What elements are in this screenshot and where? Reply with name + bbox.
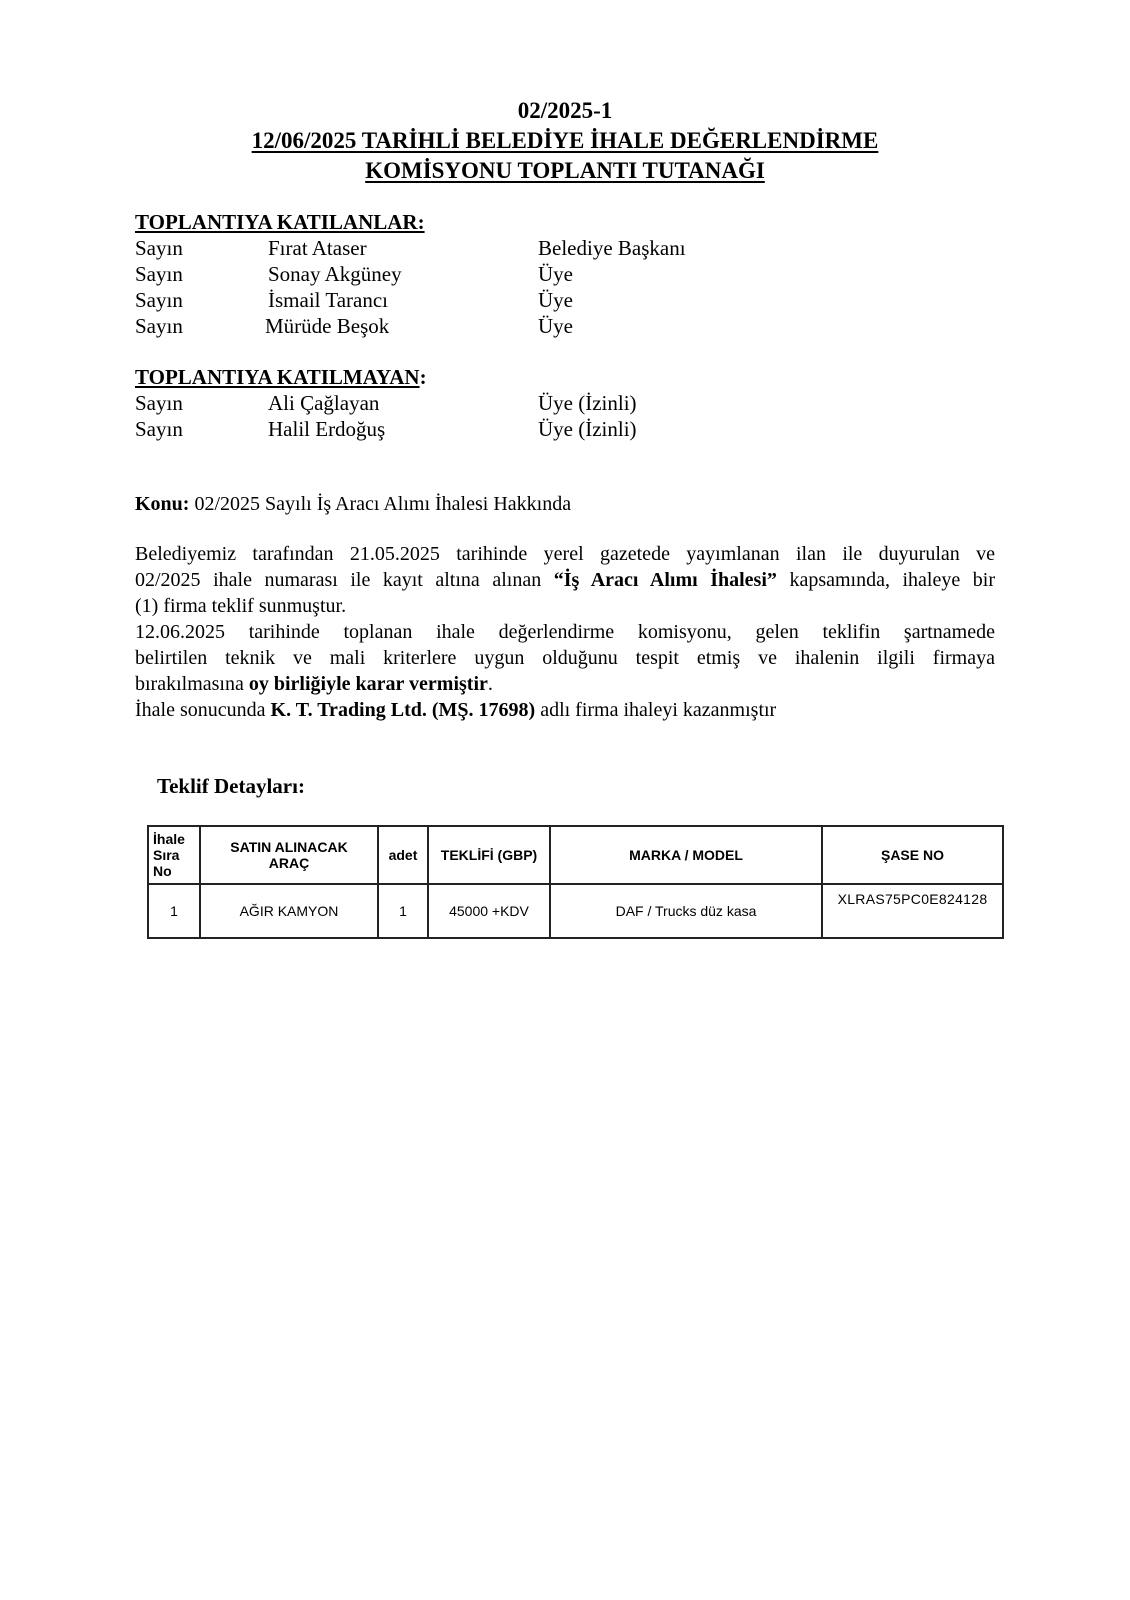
title-line-1: 12/06/2025 TARİHLİ BELEDİYE İHALE DEĞERL…	[252, 128, 879, 153]
absentee-salutation: Sayın	[135, 416, 183, 442]
absentees-heading: TOPLANTIYA KATILMAYAN	[135, 365, 420, 389]
absentee-role: Üye (İzinli)	[538, 416, 637, 442]
subject-label: Konu:	[135, 493, 189, 515]
attendee-row: Sayın Mürüde Beşok Üye	[135, 313, 995, 339]
col-vehicle: SATIN ALINACAK ARAÇ	[200, 826, 378, 884]
cell-brand-model: DAF / Trucks düz kasa	[550, 884, 822, 938]
attendee-row: Sayın Sonay Akgüney Üye	[135, 261, 995, 287]
offers-table: İhale Sıra No SATIN ALINACAK ARAÇ adet T…	[147, 825, 1004, 939]
attendee-role: Üye	[538, 313, 573, 339]
col-chassis: ŞASE NO	[822, 826, 1003, 884]
attendee-role: Üye	[538, 287, 573, 313]
absentee-row: Sayın Ali Çağlayan Üye (İzinli)	[135, 390, 995, 416]
document-title-block: 02/2025-1 12/06/2025 TARİHLİ BELEDİYE İH…	[0, 96, 1130, 186]
table-row: 1 AĞIR KAMYON 1 45000 +KDV DAF / Trucks …	[148, 884, 1003, 938]
body-p1-line1: Belediyemiz tarafından 21.05.2025 tarihi…	[135, 541, 995, 567]
absentee-row: Sayın Halil Erdoğuş Üye (İzinli)	[135, 416, 995, 442]
cell-chassis: XLRAS75PC0E824128	[822, 884, 1003, 938]
absentee-name: Ali Çağlayan	[268, 390, 379, 416]
body-p1-line3: (1) firma teklif sunmuştur.	[135, 593, 995, 619]
subject-text: 02/2025 Sayılı İş Aracı Alımı İhalesi Ha…	[189, 493, 571, 515]
absentee-name: Halil Erdoğuş	[268, 416, 385, 442]
attendee-name: Fırat Ataser	[268, 235, 367, 261]
attendees-section: TOPLANTIYA KATILANLAR: Sayın Fırat Atase…	[135, 209, 995, 339]
attendees-heading: TOPLANTIYA KATILANLAR:	[135, 210, 425, 234]
attendee-row: Sayın Fırat Ataser Belediye Başkanı	[135, 235, 995, 261]
winner-firm-bold: K. T. Trading Ltd. (MŞ. 17698)	[271, 699, 536, 721]
absentee-role: Üye (İzinli)	[538, 390, 637, 416]
body-p2-line2: belirtilen teknik ve mali kriterlere uyg…	[135, 645, 995, 671]
offers-table-header: İhale Sıra No SATIN ALINACAK ARAÇ adet T…	[148, 826, 1003, 884]
cell-quantity: 1	[378, 884, 428, 938]
attendee-salutation: Sayın	[135, 287, 183, 313]
col-offer: TEKLİFİ (GBP)	[428, 826, 550, 884]
col-brand-model: MARKA / MODEL	[550, 826, 822, 884]
attendee-salutation: Sayın	[135, 313, 183, 339]
subject-line: Konu: 02/2025 Sayılı İş Aracı Alımı İhal…	[135, 491, 571, 517]
absentees-section: TOPLANTIYA KATILMAYAN: Sayın Ali Çağlaya…	[135, 364, 995, 442]
offer-details-heading: Teklif Detayları:	[157, 774, 305, 799]
title-line-2: KOMİSYONU TOPLANTI TUTANAĞI	[365, 158, 765, 183]
attendee-role: Üye	[538, 261, 573, 287]
attendee-role: Belediye Başkanı	[538, 235, 686, 261]
cell-offer: 45000 +KDV	[428, 884, 550, 938]
body-text: Belediyemiz tarafından 21.05.2025 tarihi…	[135, 541, 995, 723]
body-p2-line3: bırakılmasına oy birliğiyle karar vermiş…	[135, 671, 995, 697]
cell-vehicle: AĞIR KAMYON	[200, 884, 378, 938]
attendee-row: Sayın İsmail Tarancı Üye	[135, 287, 995, 313]
col-tender-no: İhale Sıra No	[148, 826, 200, 884]
body-p3: İhale sonucunda K. T. Trading Ltd. (MŞ. …	[135, 697, 995, 723]
attendee-name: Sonay Akgüney	[268, 261, 402, 287]
tender-name-bold: “İş Aracı Alımı İhalesi”	[554, 569, 777, 591]
document-page: 02/2025-1 12/06/2025 TARİHLİ BELEDİYE İH…	[0, 0, 1130, 1600]
body-p2-line1: 12.06.2025 tarihinde toplanan ihale değe…	[135, 619, 995, 645]
cell-no: 1	[148, 884, 200, 938]
attendee-name: Mürüde Beşok	[265, 313, 389, 339]
absentee-salutation: Sayın	[135, 390, 183, 416]
decision-bold: oy birliğiyle karar vermiştir	[249, 673, 488, 695]
document-number: 02/2025-1	[0, 96, 1130, 126]
col-quantity: adet	[378, 826, 428, 884]
attendee-salutation: Sayın	[135, 261, 183, 287]
attendee-salutation: Sayın	[135, 235, 183, 261]
attendee-name: İsmail Tarancı	[268, 287, 388, 313]
body-p1-line2: 02/2025 ihale numarası ile kayıt altına …	[135, 567, 995, 593]
